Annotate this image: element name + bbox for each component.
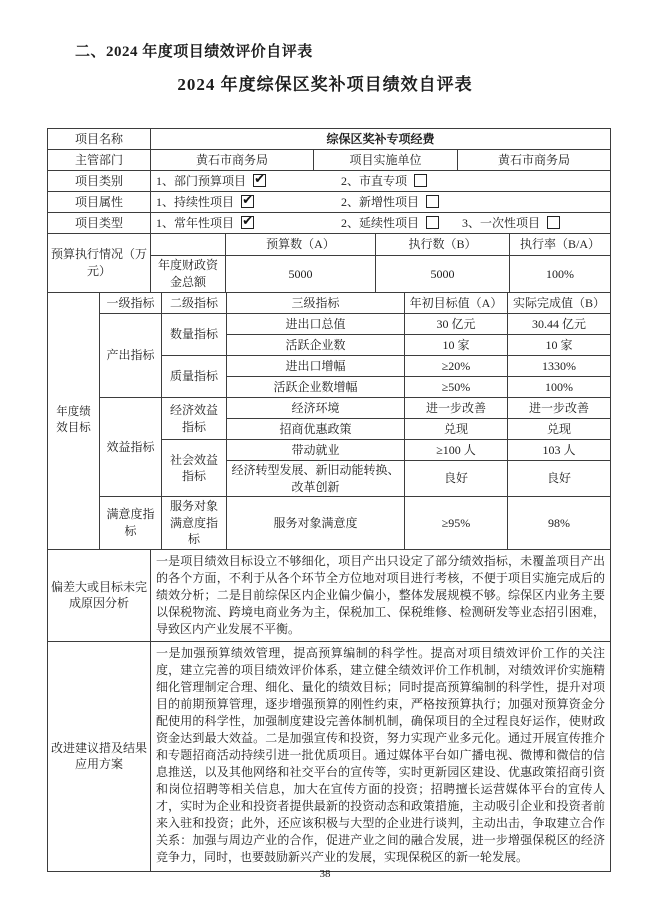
table-row: 项目类别 1、部门预算项目 ✔ 2、市直专项 [48, 171, 611, 192]
project-info-table: 项目名称 综保区奖补专项经费 主管部门 黄石市商务局 项目实施单位 黄石市商务局… [47, 128, 611, 234]
deviation-analysis-table: 偏差大或目标未完成原因分析 一是项目绩效目标设立不够细化，项目产出只设定了部分绩… [47, 549, 611, 642]
indicator-name: 活跃企业数 [227, 335, 405, 356]
self-evaluation-table: 项目名称 综保区奖补专项经费 主管部门 黄石市商务局 项目实施单位 黄石市商务局… [47, 128, 610, 872]
checkbox-unchecked-icon [426, 216, 439, 229]
dept-label: 主管部门 [48, 150, 151, 171]
level2-header: 二级指标 [162, 293, 227, 314]
benefit-indicator-label: 效益指标 [100, 398, 162, 497]
indicator-name: 经济环境 [227, 398, 405, 419]
checkbox-unchecked-icon [547, 216, 560, 229]
indicator-actual: 98% [508, 497, 611, 550]
indicator-name: 招商优惠政策 [227, 419, 405, 440]
budget-section-label: 预算执行情况（万元） [48, 234, 151, 293]
category-label: 项目类别 [48, 171, 151, 192]
category-options: 1、部门预算项目 ✔ 2、市直专项 [151, 171, 611, 192]
indicator-actual: 100% [508, 377, 611, 398]
dept-value: 黄石市商务局 [151, 150, 314, 171]
table-row: 项目类型 1、常年性项目 ✔ 2、延续性项目 3、一次性项目 [48, 213, 611, 234]
performance-indicators-table: 年度绩效目标 一级指标 二级指标 三级指标 年初目标值（A） 实际完成值（B） … [47, 292, 611, 550]
budget-col-header: 预算数（A） [226, 234, 376, 256]
indicator-actual: 兑现 [508, 419, 611, 440]
indicator-name: 经济转型发展、新旧动能转换、改革创新 [227, 461, 405, 497]
satisfaction-indicator-label: 满意度指标 [100, 497, 162, 550]
indicator-name: 进出口增幅 [227, 356, 405, 377]
indicator-actual: 10 家 [508, 335, 611, 356]
exec-value: 5000 [376, 256, 510, 293]
indicator-name: 进出口总值 [227, 314, 405, 335]
output-indicator-label: 产出指标 [100, 314, 162, 398]
exec-col-header: 执行数（B） [376, 234, 510, 256]
deviation-text: 一是项目绩效目标设立不够细化，项目产出只设定了部分绩效指标，未覆盖项目产出的各个… [151, 549, 611, 641]
economic-benefit-label: 经济效益指标 [162, 398, 227, 440]
indicator-actual: 良好 [508, 461, 611, 497]
table-row: 改进建议措及结果应用方案 一是加强预算绩效管理，提高预算编制的科学性。提高对项目… [48, 641, 611, 871]
checkbox-checked-icon: ✔ [241, 195, 254, 208]
type-label: 项目类型 [48, 213, 151, 234]
type-options: 1、常年性项目 ✔ 2、延续性项目 3、一次性项目 [151, 213, 611, 234]
improvement-table: 改进建议措及结果应用方案 一是加强预算绩效管理，提高预算编制的科学性。提高对项目… [47, 641, 611, 872]
checkbox-unchecked-icon [414, 174, 427, 187]
deviation-label: 偏差大或目标未完成原因分析 [48, 549, 151, 641]
performance-section-label: 年度绩效目标 [48, 293, 100, 550]
table-row: 年度绩效目标 一级指标 二级指标 三级指标 年初目标值（A） 实际完成值（B） [48, 293, 611, 314]
indicator-name: 服务对象满意度 [227, 497, 405, 550]
category-option-1: 1、部门预算项目 ✔ [156, 173, 338, 190]
indicator-target: 良好 [405, 461, 508, 497]
table-row: 产出指标 数量指标 进出口总值 30 亿元 30.44 亿元 [48, 314, 611, 335]
indicator-target: 30 亿元 [405, 314, 508, 335]
attribute-option-2: 2、新增性项目 [341, 194, 439, 211]
table-row: 效益指标 经济效益指标 经济环境 进一步改善 进一步改善 [48, 398, 611, 419]
annual-funds-label: 年度财政资金总额 [151, 256, 226, 293]
table-row: 项目属性 1、持续性项目 ✔ 2、新增性项目 [48, 192, 611, 213]
indicator-target: ≥50% [405, 377, 508, 398]
attribute-option-1: 1、持续性项目 ✔ [156, 194, 338, 211]
improvement-label: 改进建议措及结果应用方案 [48, 641, 151, 871]
section-heading: 二、2024 年度项目绩效评价自评表 [75, 40, 313, 61]
checkbox-checked-icon: ✔ [253, 174, 266, 187]
indicator-target: 进一步改善 [405, 398, 508, 419]
indicator-target: 10 家 [405, 335, 508, 356]
type-option-1: 1、常年性项目 ✔ [156, 215, 338, 232]
category-option-2: 2、市直专项 [341, 173, 427, 190]
indicator-name: 活跃企业数增幅 [227, 377, 405, 398]
table-row: 项目名称 综保区奖补专项经费 [48, 129, 611, 150]
level3-header: 三级指标 [227, 293, 405, 314]
type-option-2: 2、延续性项目 [341, 215, 459, 232]
table-row: 预算执行情况（万元） 预算数（A） 执行数（B） 执行率（B/A） [48, 234, 611, 256]
improvement-text: 一是加强预算绩效管理，提高预算编制的科学性。提高对项目绩效评价工作的关注度，建立… [151, 641, 611, 871]
checkbox-checked-icon: ✔ [241, 216, 254, 229]
indicator-target: 兑现 [405, 419, 508, 440]
quantity-indicator-label: 数量指标 [162, 314, 227, 356]
indicator-actual: 1330% [508, 356, 611, 377]
social-benefit-label: 社会效益指标 [162, 440, 227, 497]
indicator-actual: 103 人 [508, 440, 611, 461]
table-title: 2024 年度综保区奖补项目绩效自评表 [0, 70, 650, 95]
page-number: 38 [0, 868, 650, 880]
indicator-target: ≥100 人 [405, 440, 508, 461]
checkbox-unchecked-icon [426, 195, 439, 208]
type-option-3: 3、一次性项目 [462, 215, 560, 232]
project-name-value: 综保区奖补专项经费 [151, 129, 611, 150]
project-name-label: 项目名称 [48, 129, 151, 150]
indicator-target: ≥20% [405, 356, 508, 377]
indicator-target: ≥95% [405, 497, 508, 550]
table-row: 满意度指标 服务对象满意度指标 服务对象满意度 ≥95% 98% [48, 497, 611, 550]
budget-value: 5000 [226, 256, 376, 293]
budget-execution-table: 预算执行情况（万元） 预算数（A） 执行数（B） 执行率（B/A） 年度财政资金… [47, 233, 611, 293]
rate-value: 100% [510, 256, 611, 293]
indicator-actual: 30.44 亿元 [508, 314, 611, 335]
attribute-label: 项目属性 [48, 192, 151, 213]
impl-unit-label: 项目实施单位 [314, 150, 458, 171]
empty-cell [151, 234, 226, 256]
actual-header: 实际完成值（B） [508, 293, 611, 314]
table-row: 偏差大或目标未完成原因分析 一是项目绩效目标设立不够细化，项目产出只设定了部分绩… [48, 549, 611, 641]
impl-unit-value: 黄石市商务局 [458, 150, 611, 171]
rate-col-header: 执行率（B/A） [510, 234, 611, 256]
level1-header: 一级指标 [100, 293, 162, 314]
attribute-options: 1、持续性项目 ✔ 2、新增性项目 [151, 192, 611, 213]
table-row: 主管部门 黄石市商务局 项目实施单位 黄石市商务局 [48, 150, 611, 171]
service-satisfaction-label: 服务对象满意度指标 [162, 497, 227, 550]
indicator-actual: 进一步改善 [508, 398, 611, 419]
indicator-name: 带动就业 [227, 440, 405, 461]
target-header: 年初目标值（A） [405, 293, 508, 314]
quality-indicator-label: 质量指标 [162, 356, 227, 398]
document-page: 二、2024 年度项目绩效评价自评表 2024 年度综保区奖补项目绩效自评表 项… [0, 0, 650, 920]
